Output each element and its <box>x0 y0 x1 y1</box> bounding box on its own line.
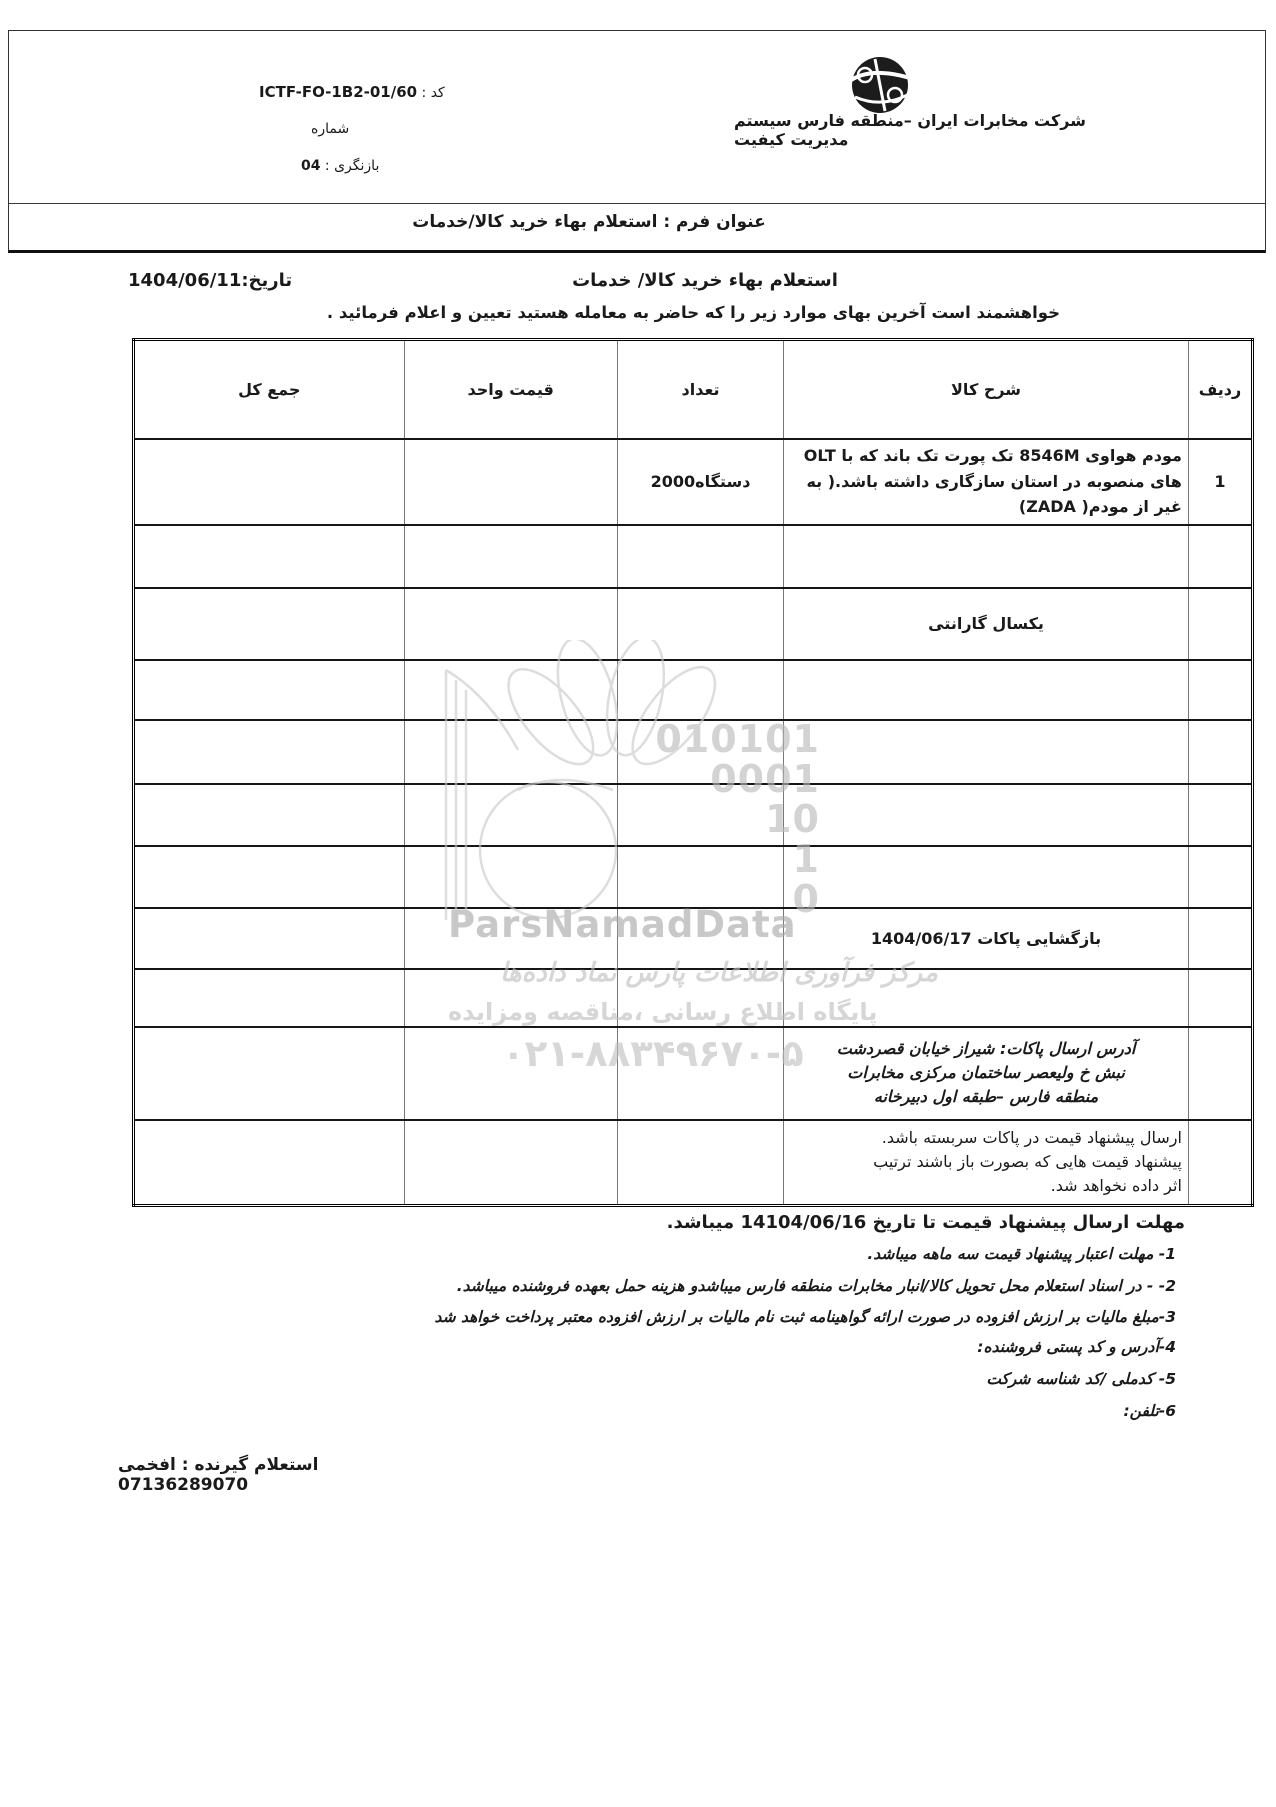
opening-date: 1404/06/17 <box>871 929 972 948</box>
sealed-line: ارسال پیشنهاد قیمت در پاکات سربسته باشد. <box>790 1126 1182 1150</box>
deadline-prefix: مهلت ارسال پیشنهاد قیمت تا تاریخ <box>866 1212 1185 1233</box>
form-header-box: شرکت مخابرات ایران –منطقه فارس سیستم مدی… <box>8 30 1266 253</box>
form-code-line: کد : ICTF-FO-1B2-01/60 <box>259 83 571 101</box>
row1-number: 1 <box>1188 439 1252 525</box>
deadline-date: 14104/06/16 <box>740 1212 866 1233</box>
table-row <box>134 784 1253 846</box>
date-line: تاریخ:1404/06/11 <box>128 270 328 291</box>
col-desc-header: شرح کالا <box>784 340 1189 439</box>
date-label: تاریخ: <box>241 270 292 291</box>
date-value: 1404/06/11 <box>128 270 241 291</box>
price-inquiry-table: ردیف شرح کالا تعداد قیمت واحد جمع کل 1 م… <box>132 338 1254 1207</box>
envelope-opening-cell: بازگشایی پاکات 1404/06/17 <box>784 908 1189 969</box>
row1-unit-price <box>404 439 617 525</box>
note-5: 5- کدملی /کد شناسه شرکت <box>986 1370 1176 1388</box>
row1-total <box>134 439 405 525</box>
warranty-cell: یکسال گارانتی <box>784 588 1189 660</box>
note-6: 6-تلفن: <box>1123 1402 1176 1420</box>
sealed-envelope-cell: ارسال پیشنهاد قیمت در پاکات سربسته باشد.… <box>784 1120 1189 1206</box>
table-row: ارسال پیشنهاد قیمت در پاکات سربسته باشد.… <box>134 1120 1253 1206</box>
table-row: 1 مودم هواوی 8546M تک پورت تک باند که با… <box>134 439 1253 525</box>
note-3: 3-مبلغ مالیات بر ارزش افزوده در صورت ارا… <box>434 1308 1176 1326</box>
table-row <box>134 846 1253 908</box>
col-total-header: جمع کل <box>134 340 405 439</box>
deadline-suffix: میباشد. <box>667 1212 741 1233</box>
revision-line: بازنگری : 04 <box>301 158 379 174</box>
inquiry-receiver-line: استعلام گیرنده : افخمی 07136289070 <box>118 1455 448 1495</box>
note-1: 1- مهلت اعتبار پیشنهاد قیمت سه ماهه میبا… <box>867 1245 1176 1263</box>
revision-value: 04 <box>301 158 320 174</box>
table-row: آدرس ارسال پاکات: شیراز خیابان قصردشت نب… <box>134 1027 1253 1120</box>
col-qty-header: تعداد <box>617 340 783 439</box>
table-row <box>134 969 1253 1027</box>
code-label: کد : <box>417 85 445 101</box>
opening-label: بازگشایی پاکات <box>972 929 1102 948</box>
submission-deadline-line: مهلت ارسال پیشنهاد قیمت تا تاریخ 14104/0… <box>667 1212 1185 1233</box>
table-row: یکسال گارانتی <box>134 588 1253 660</box>
address-line: نبش خ ولیعصر ساختمان مرکزی مخابرات <box>790 1061 1182 1085</box>
sealed-line: پیشنهاد قیمت هایی که بصورت باز باشند ترت… <box>790 1150 1182 1174</box>
serial-label: شماره <box>311 121 349 137</box>
table-row <box>134 525 1253 588</box>
address-line: آدرس ارسال پاکات: شیراز خیابان قصردشت <box>790 1037 1182 1061</box>
sealed-line: اثر داده نخواهد شد. <box>790 1174 1182 1198</box>
inquiry-form-page: شرکت مخابرات ایران –منطقه فارس سیستم مدی… <box>0 0 1276 1807</box>
note-4: 4-آدرس و کد پستی فروشنده: <box>977 1338 1176 1356</box>
row1-description: مودم هواوی 8546M تک پورت تک باند که با O… <box>784 439 1189 525</box>
table-row <box>134 720 1253 784</box>
col-unitprice-header: قیمت واحد <box>404 340 617 439</box>
request-line: خواهشمند است آخرین بهای موارد زیر را که … <box>327 303 1060 322</box>
table-header-row: ردیف شرح کالا تعداد قیمت واحد جمع کل <box>134 340 1253 439</box>
tci-company-logo <box>839 53 921 117</box>
document-title: استعلام بهاء خرید کالا/ خدمات <box>560 270 850 291</box>
company-title: شرکت مخابرات ایران –منطقه فارس سیستم مدی… <box>734 111 1104 149</box>
row1-quantity: 2000دستگاه <box>617 439 783 525</box>
form-title: عنوان فرم : استعلام بهاء خرید کالا/خدمات <box>89 212 1089 232</box>
receiver-label: استعلام گیرنده : افخمی <box>118 1455 318 1475</box>
address-line: منطقه فارس –طبقه اول دبیرخانه <box>790 1085 1182 1109</box>
revision-label: بازنگری : <box>320 158 379 174</box>
table-row: بازگشایی پاکات 1404/06/17 <box>134 908 1253 969</box>
code-value: ICTF-FO-1B2-01/60 <box>259 83 417 101</box>
col-row-header: ردیف <box>1188 340 1252 439</box>
note-2: 2- - در اسناد استعلام محل تحویل کالا/انب… <box>457 1277 1176 1295</box>
送-address-cell: آدرس ارسال پاکات: شیراز خیابان قصردشت نب… <box>784 1027 1189 1120</box>
header-divider <box>9 203 1265 204</box>
table-row <box>134 660 1253 720</box>
receiver-phone: 07136289070 <box>118 1475 248 1495</box>
